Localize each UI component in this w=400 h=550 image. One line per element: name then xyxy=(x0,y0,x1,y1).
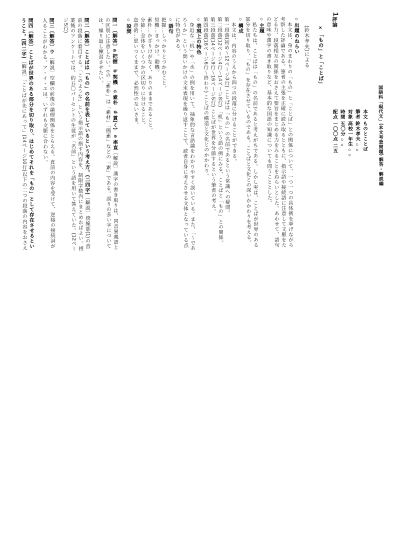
question-label: 問四 xyxy=(27,18,33,29)
answer-label: 〔解答〕 xyxy=(111,28,117,49)
section-body: 私たちは、ことばは「もの」の名前であると考えがちである。しかし実は、ことばが世界… xyxy=(243,17,258,253)
info-line-time: 時間 五〇分 ○○ xyxy=(338,109,346,159)
section-theme: ○主題 私たちは、ことばは「もの」の名前であると考えがちである。しかし実は、こと… xyxy=(243,17,265,253)
question-label: 問二 xyxy=(83,18,89,29)
explanation-label: 〔解説〕 xyxy=(112,150,118,171)
question-item-4: 問四〔解答〕ことばが世界のある部分を切り取り、はじめてそれを「もの」として存在さ… xyxy=(19,18,41,254)
info-line-points: 配点 一〇〇点 二五 xyxy=(330,109,338,159)
scan-page: 1評論 ×「もの」と「ことば」 (鈴木孝夫)による 国語科「現代文」(本文考査問… xyxy=(0,0,400,271)
section-body: 身近な「机」や「水」の例を用いて、抽象的な言語論をわかりやすく説いている。また、… xyxy=(173,17,195,253)
unit-line: 1評論 xyxy=(327,12,341,86)
answer-text: a 把握 b 契機 c 素朴 d 貫(く) e 率直 xyxy=(112,49,119,150)
unit-title-block: 1評論 ×「もの」と「ことば」 (鈴木孝夫)による xyxy=(299,12,341,87)
explanation-label: 〔解説〕 xyxy=(21,59,27,80)
unit-genre-label: 評論 xyxy=(331,16,337,27)
section-heading: ○出題のねらい xyxy=(292,16,300,252)
page-header-zone: 1評論 ×「もの」と「ことば」 (鈴木孝夫)による 国語科「現代文」(本文考査問… xyxy=(297,11,392,253)
body-text: ○出題のねらい 本文は、身のまわりの「もの」と「ことば」との関係について、一つ一… xyxy=(19,16,300,253)
series-title: 国語科「現代文」(本文考査問題) 解答・解説編 xyxy=(378,85,385,186)
section-vocabulary: ○語句 把握…しっかりとつかむこと。 契機…きっかけ。動機。 素朴…かざりけがな… xyxy=(131,17,174,253)
question-label: 問三 xyxy=(48,18,54,29)
section-style: ○表現上の特色 身近な「机」や「水」の例を用いて、抽象的な言語論をわかりやすく説… xyxy=(173,17,202,253)
answer-label: 〔解答〕 xyxy=(27,28,33,49)
scanned-document-canvas: 1評論 ×「もの」と「ことば」 (鈴木孝夫)による 国語科「現代文」(本文考査問… xyxy=(0,0,400,550)
info-line-source: 本文 ものとことば xyxy=(360,109,368,159)
section-aim: ○出題のねらい 本文は、身のまわりの「もの」と「ことば」との関係について、一つ一… xyxy=(264,16,300,252)
question-label: 問一 xyxy=(111,17,117,28)
answer-text: ことばは「もの」の名前を表しているという考え方。(二四字) xyxy=(84,49,91,195)
section-body: 本文は、内容のうえから四つの段落に分けることができる。 第一段落(初め〜12ペー… xyxy=(201,17,237,253)
explanation-label: 〔解説〕 xyxy=(49,55,55,76)
info-line-grade: 対象 高校一年生 ○○ xyxy=(345,109,353,159)
answer-label: 〔解答〕 xyxy=(83,28,89,49)
work-title-line: ×「もの」と「ことば」 xyxy=(313,12,327,86)
question-item-3: 問三〔解答〕ウ〔解説〕空欄の前後の論理関係をとらえる。直前の内容を受けて、逆接の… xyxy=(40,18,62,254)
exam-info-block: 本文 ものとことば 筆者 鈴木孝夫 ○○ 対象 高校一年生 ○○ 時間 五〇分 … xyxy=(330,109,368,159)
section-body: 本文は、身のまわりの「もの」と「ことば」との関係について、一つ一つの具体例を挙げ… xyxy=(264,17,293,253)
work-author-line: (鈴木孝夫)による xyxy=(299,12,313,86)
question-item-2: 問二〔解答〕ことばは「もの」の名前を表しているという考え方。(二四字)〔解説〕傍… xyxy=(61,18,97,254)
question-item-1: 問一〔解答〕a 把握 b 契機 c 素朴 d 貫(く) e 率直〔解説〕漢字の書… xyxy=(96,17,125,253)
work-author: (鈴木孝夫)による xyxy=(303,25,309,68)
section-body: 把握…しっかりとつかむこと。 契機…きっかけ。動機。 素朴…かざりけがなく、あり… xyxy=(131,17,167,253)
section-structure: ○構成 本文は、内容のうえから四つの段落に分けることができる。 第一段落(初め〜… xyxy=(201,17,244,253)
info-line-author: 筆者 鈴木孝夫 ○○ xyxy=(353,109,361,159)
answer-label: 〔解答〕 xyxy=(48,28,54,49)
explanation-label: 〔解説〕 xyxy=(84,195,90,216)
work-title: 「もの」と「ことば」 xyxy=(317,32,323,87)
